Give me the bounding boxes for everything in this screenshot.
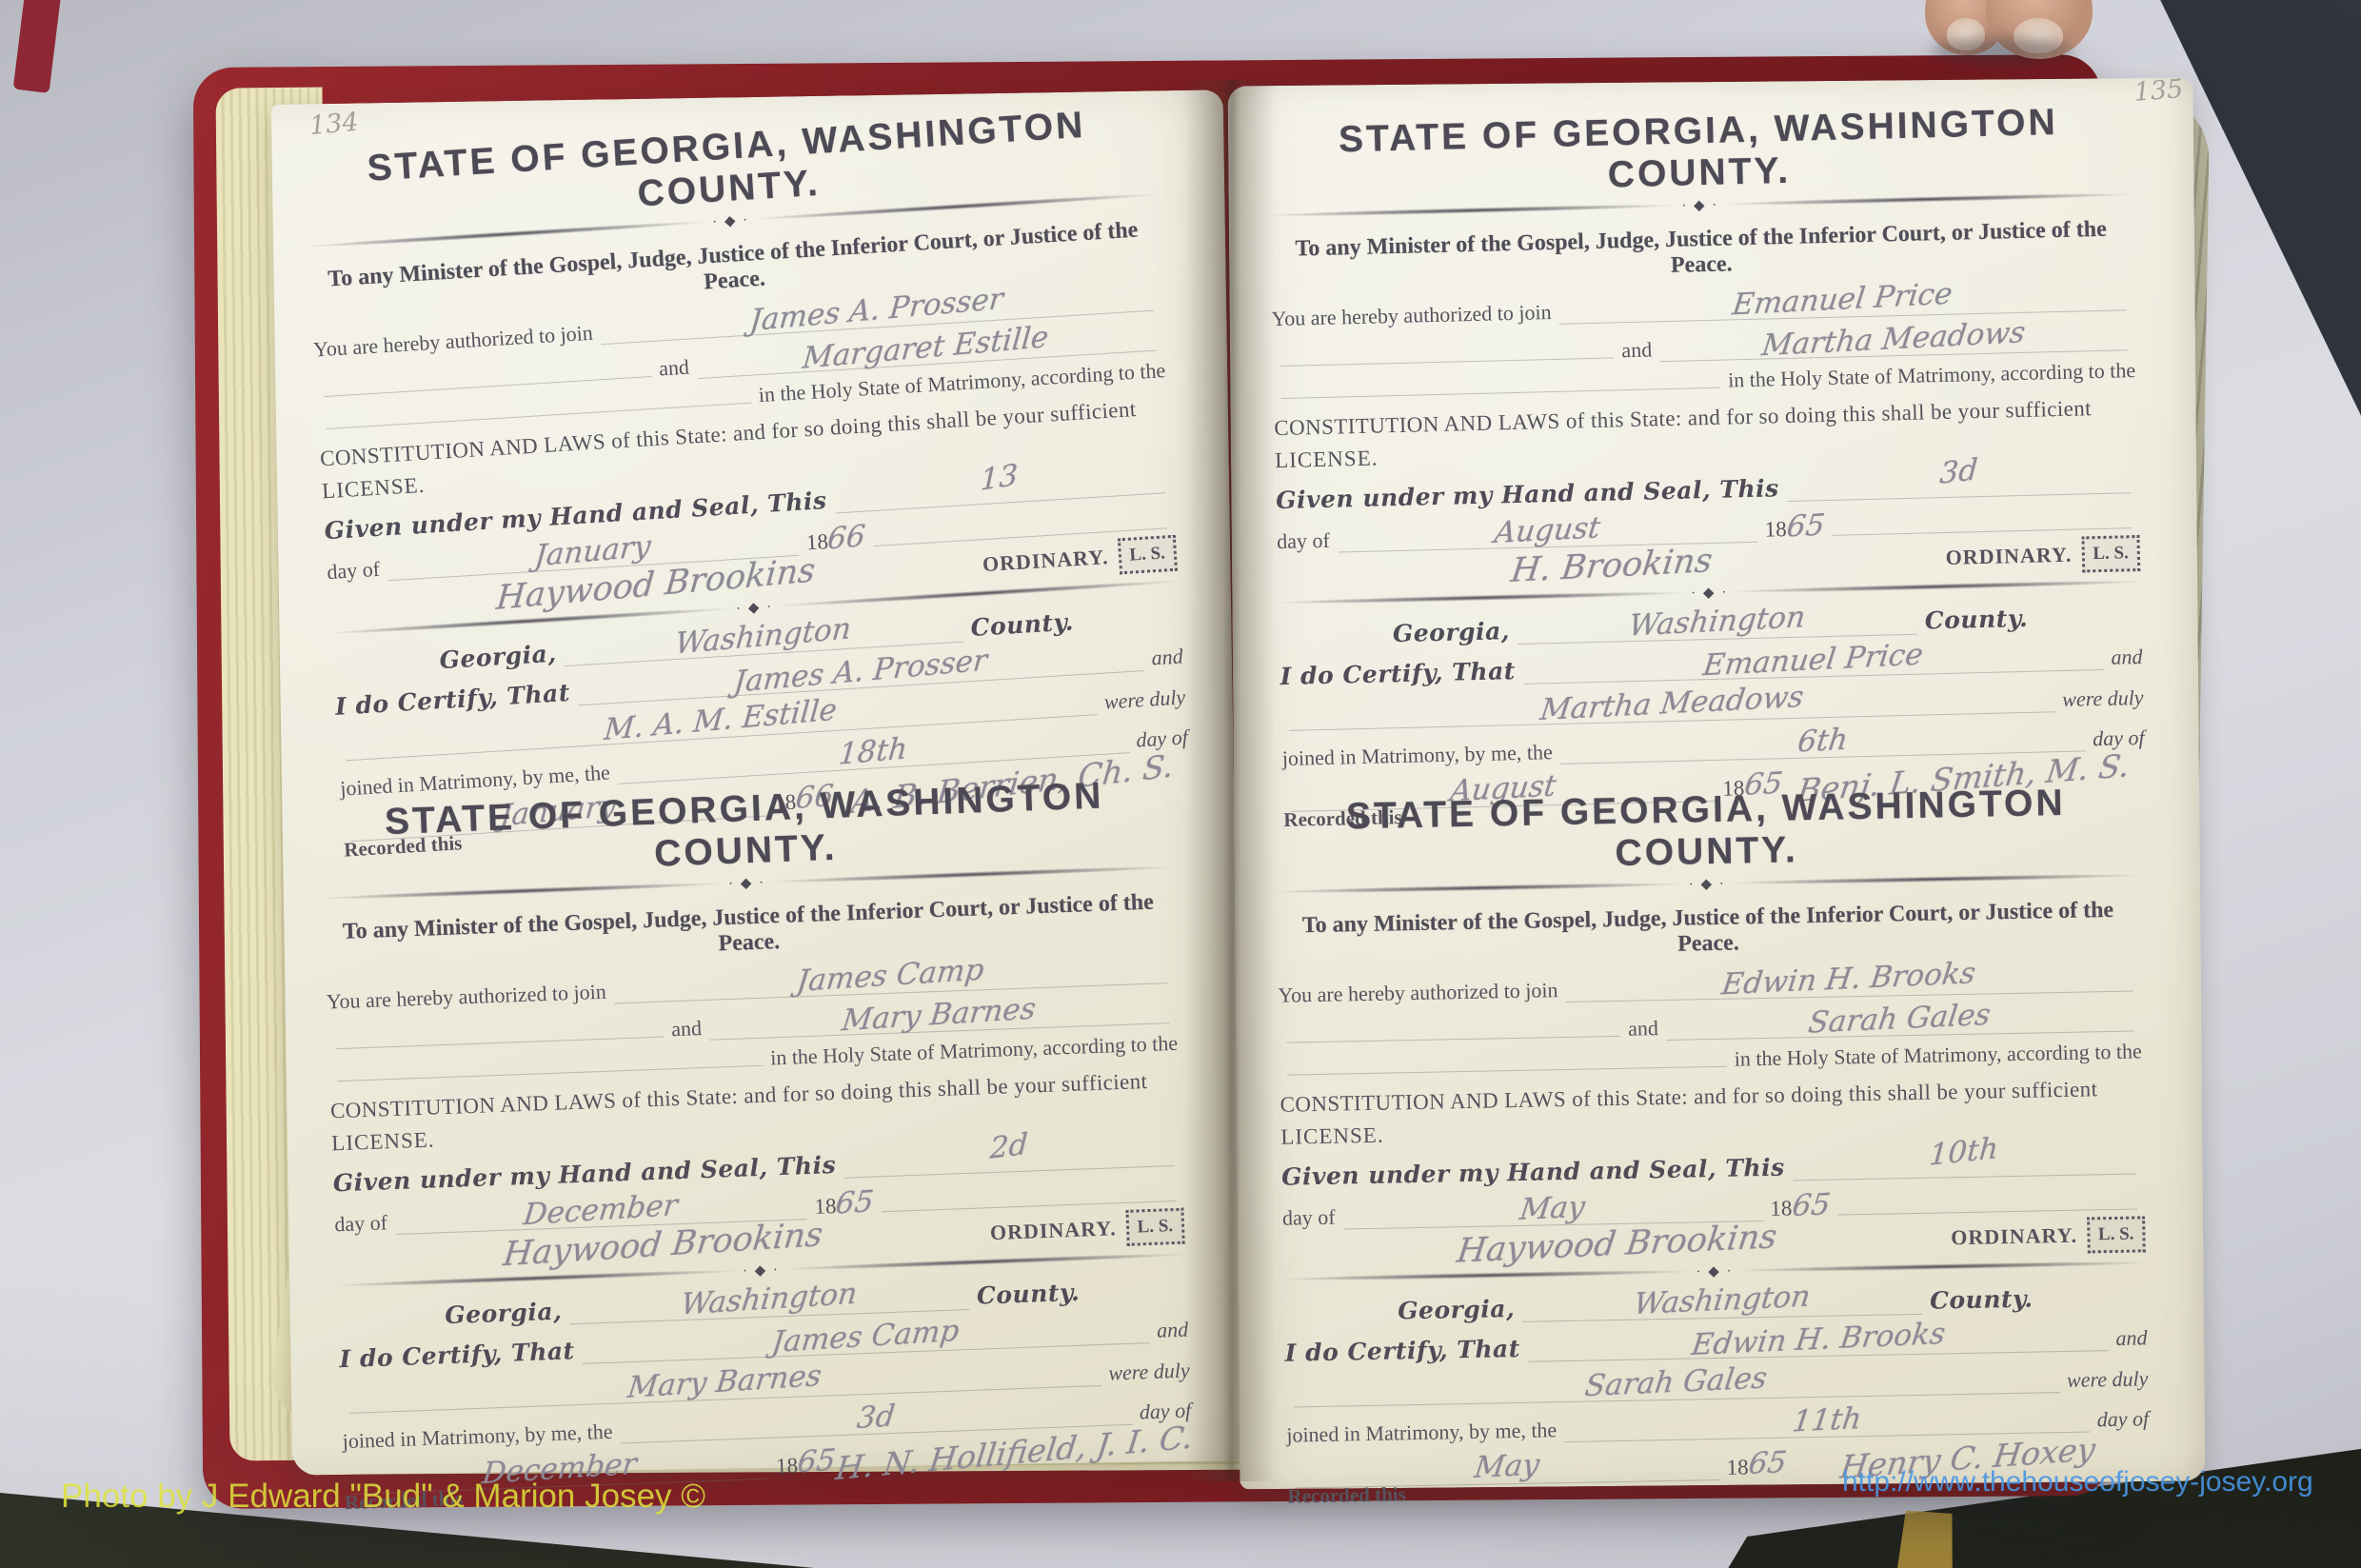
form-title: STATE OF GEORGIA, WASHINGTON COUNTY. (1266, 100, 2131, 205)
cert-bride-handwritten: Martha Meadows (1538, 682, 1805, 726)
were-duly-label: were duly (1103, 685, 1186, 714)
license-year-handwritten: 65 (1790, 1189, 1832, 1221)
authorize-label: You are hereby authorized to join (1278, 978, 1558, 1008)
blank-line (1286, 1036, 1620, 1043)
marriage-license-form: STATE OF GEORGIA, WASHINGTON COUNTY. · ◆… (1274, 781, 2149, 1465)
marriage-license-form: STATE OF GEORGIA, WASHINGTON COUNTY. · ◆… (319, 773, 1192, 1456)
cert-bride-row: Sarah Gales were duly (1285, 1358, 2148, 1407)
divider-ornament: · ◆ · (1683, 874, 1732, 893)
county-handwritten: Washington (1632, 1281, 1812, 1320)
blank-line: 10th (1792, 1141, 2136, 1180)
marriage-license-form: STATE OF GEORGIA, WASHINGTON COUNTY. · ◆… (301, 101, 1188, 804)
divider-ornament: · ◆ · (737, 1260, 786, 1280)
county-handwritten: Washington (680, 1279, 860, 1320)
bride-name-handwritten: Sarah Gales (1807, 999, 1993, 1038)
certify-label: I do Certify, That (1280, 657, 1516, 690)
were-duly-label: were duly (1108, 1358, 1190, 1385)
county-label: County. (970, 607, 1075, 642)
married-day-handwritten: 6th (1796, 724, 1849, 758)
divider-ornament: · ◆ · (706, 210, 756, 231)
blank-line: Washington (1517, 602, 1917, 645)
blank-line: Edwin H. Brooks (1527, 1319, 2108, 1362)
ls-seal: L. S. (2081, 535, 2140, 572)
married-month-handwritten: May (1473, 1450, 1541, 1484)
county-handwritten: Washington (1627, 602, 1807, 642)
cert-bride-handwritten: Mary Barnes (626, 1360, 823, 1403)
ordinary-label: ORDINARY. (1945, 543, 2072, 570)
divider-line (1732, 872, 2139, 885)
blank-line (1281, 387, 1721, 399)
county-label: County. (1930, 1284, 2034, 1314)
county-label: County. (976, 1278, 1080, 1309)
photo-of-marriage-record-book: 134 STATE OF GEORGIA, WASHINGTON COUNTY.… (0, 0, 2361, 1568)
matrimony-label: in the Holy State of Matrimony, accordin… (770, 1031, 1179, 1071)
and-label: and (1157, 1318, 1189, 1343)
authorize-label: You are hereby authorized to join (326, 979, 606, 1014)
blank-line: 2d (843, 1133, 1174, 1178)
joined-label: joined in Matrimony, by me, the (1282, 740, 1553, 771)
and-label: and (658, 355, 689, 382)
blank-line: Sarah Gales (1665, 999, 2133, 1041)
divider-line (1734, 579, 2141, 594)
divider-ornament: · ◆ · (729, 597, 779, 618)
and-label: and (2111, 645, 2143, 670)
addressee-line: To any Minister of the Gospel, Judge, Ju… (1277, 897, 2140, 964)
blank-line: 3d (1786, 460, 2131, 501)
seal-text: L. S. (1129, 544, 1166, 566)
left-page: 134 STATE OF GEORGIA, WASHINGTON COUNTY.… (271, 89, 1244, 1476)
and-label: and (1628, 1016, 1658, 1042)
cert-groom-handwritten: Emanuel Price (1701, 639, 1925, 681)
divider-ornament: · ◆ · (1676, 195, 1724, 214)
married-day-handwritten: 3d (855, 1400, 896, 1434)
blank-line: Edwin H. Brooks (1565, 958, 2133, 1002)
divider-line (1739, 1260, 2147, 1273)
year-group: 18 65 (1770, 1189, 1830, 1221)
license-month-handwritten: December (522, 1190, 679, 1231)
married-day-handwritten: 11th (1791, 1403, 1863, 1438)
seal-text: L. S. (2093, 543, 2129, 564)
blank-line: Emanuel Price (1522, 638, 2104, 685)
cert-groom-handwritten: James Camp (770, 1315, 961, 1358)
recorded-label: Recorded this (1287, 1482, 1406, 1508)
website-watermark: http://www.thehouseofjosey-josey.org (1842, 1466, 2313, 1499)
license-day-handwritten: 10th (1929, 1133, 2000, 1171)
blank-line (1287, 1066, 1727, 1076)
married-day-handwritten: 18th (837, 733, 908, 770)
finger-shadow (1931, 38, 2073, 63)
authorize-label: You are hereby authorized to join (1271, 300, 1552, 331)
and-label: and (1151, 645, 1184, 671)
day-of-label: day of (327, 557, 381, 585)
were-duly-label: were duly (2062, 685, 2144, 712)
ordinary-label: ORDINARY. (982, 545, 1109, 577)
left-page-content: STATE OF GEORGIA, WASHINGTON COUNTY. · ◆… (315, 119, 1185, 1456)
certify-label: I do Certify, That (1284, 1335, 1520, 1367)
and-label: and (671, 1016, 703, 1042)
ordinary-label: ORDINARY. (990, 1216, 1118, 1245)
red-object-top-left (13, 0, 62, 93)
day-of-label: day of (334, 1210, 388, 1237)
license-month-handwritten: August (1493, 512, 1602, 548)
and-label: and (1621, 338, 1652, 364)
day-of-label: day of (1282, 1205, 1336, 1231)
form-title: STATE OF GEORGIA, WASHINGTON COUNTY. (1274, 781, 2138, 881)
year-group: 18 65 (1726, 1448, 1786, 1480)
year-group: 18 65 (1764, 510, 1824, 543)
matrimony-label: in the Holy State of Matrimony, accordin… (1734, 1039, 2142, 1071)
divider-line (1269, 203, 1677, 218)
seal-text: L. S. (1137, 1216, 1173, 1237)
photographer-watermark: Photo by J Edward "Bud" & Marion Josey © (61, 1478, 705, 1516)
certify-label: I do Certify, That (339, 1337, 575, 1373)
divider-line (1276, 881, 1683, 894)
blank-line: Washington (1522, 1281, 1923, 1322)
groom-name-handwritten: Emanuel Price (1731, 279, 1954, 321)
georgia-label: Georgia, (1398, 1295, 1516, 1324)
blank-line (336, 1037, 665, 1050)
groom-name-handwritten: James Camp (795, 955, 985, 998)
year-prefix: 18 (1764, 517, 1787, 543)
blank-line: Sarah Gales (1293, 1360, 2059, 1407)
page-number: 135 (2133, 74, 2185, 108)
ordinary-label: ORDINARY. (1951, 1223, 2077, 1251)
ls-seal: L. S. (1125, 1208, 1185, 1246)
given-row: Given under my Hand and Seal, This 10th (1281, 1141, 2144, 1190)
day-of-label: day of (2097, 1407, 2150, 1433)
divider-ornament: · ◆ · (1690, 1261, 1738, 1280)
georgia-label: Georgia, (445, 1297, 563, 1328)
given-label: Given under my Hand and Seal, This (1276, 474, 1779, 514)
groom-name-handwritten: Edwin H. Brooks (1720, 958, 1977, 1001)
given-label: Given under my Hand and Seal, This (1281, 1153, 1785, 1190)
divider-ornament: · ◆ · (1685, 583, 1734, 602)
certify-label: I do Certify, That (334, 679, 570, 721)
georgia-county-row: Georgia, Washington County. (1283, 1277, 2146, 1326)
blank-line (1280, 358, 1615, 367)
license-day-handwritten: 2d (988, 1129, 1028, 1164)
license-day-handwritten: 3d (1938, 455, 1978, 490)
right-page-content: STATE OF GEORGIA, WASHINGTON COUNTY. · ◆… (1272, 107, 2146, 1470)
addressee-line: To any Minister of the Gospel, Judge, Ju… (1269, 216, 2133, 288)
license-month-handwritten: May (1518, 1191, 1587, 1225)
blank-line: Emanuel Price (1558, 277, 2127, 324)
divider-ornament: · ◆ · (723, 873, 772, 893)
and-label: and (2115, 1325, 2147, 1351)
cert-bride-handwritten: Sarah Gales (1583, 1363, 1769, 1402)
year-group: 18 65 (775, 1446, 836, 1479)
georgia-label: Georgia, (1393, 617, 1511, 647)
county-handwritten: Washington (674, 613, 852, 660)
license-month-handwritten: January (533, 530, 652, 571)
were-duly-label: were duly (2067, 1366, 2149, 1393)
authorize-row: You are hereby authorized to join Edwin … (1278, 958, 2140, 1007)
right-page: 135 STATE OF GEORGIA, WASHINGTON COUNTY.… (1228, 78, 2206, 1490)
county-label: County. (1924, 605, 2028, 635)
background-object (1897, 1510, 1956, 1568)
joined-label: joined in Matrimony, by me, the (342, 1419, 613, 1454)
bride-name-handwritten: Martha Meadows (1759, 317, 2026, 362)
married-year-handwritten: 65 (1746, 1447, 1788, 1479)
ls-seal: L. S. (2087, 1216, 2146, 1253)
cert-groom-handwritten: Edwin H. Brooks (1689, 1319, 1946, 1361)
day-of-label: day of (1277, 528, 1330, 554)
divider-line (1724, 191, 2132, 207)
seal-text: L. S. (2098, 1224, 2134, 1245)
cert-bride-handwritten: M. A. M. Estille (603, 695, 838, 746)
married-year-handwritten: 65 (796, 1445, 837, 1479)
matrimony-label: in the Holy State of Matrimony, accordin… (1728, 358, 2136, 392)
year-prefix: 18 (1726, 1455, 1748, 1479)
bride-name-handwritten: Mary Barnes (841, 993, 1038, 1036)
and-row: and Sarah Gales (1279, 999, 2141, 1048)
year-prefix: 18 (776, 1454, 799, 1479)
blank-line: Martha Meadows (1659, 318, 2128, 363)
ls-seal: L. S. (1117, 535, 1178, 575)
georgia-label: Georgia, (439, 639, 558, 673)
joined-label: joined in Matrimony, by me, the (1286, 1419, 1557, 1448)
license-day-handwritten: 13 (980, 460, 1019, 496)
marriage-license-form: STATE OF GEORGIA, WASHINGTON COUNTY. · ◆… (1266, 100, 2145, 789)
certify-row: I do Certify, That Edwin H. Brooks and (1284, 1318, 2147, 1367)
blank-line (337, 1065, 764, 1082)
